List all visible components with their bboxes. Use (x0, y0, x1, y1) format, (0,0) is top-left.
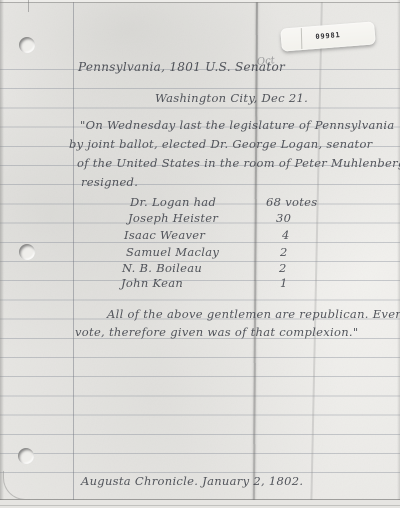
vote-count: 2 (279, 261, 287, 275)
vote-count: 2 (280, 245, 288, 259)
candidate-name: Samuel Maclay (126, 245, 219, 259)
body-line: resigned. (81, 175, 138, 189)
body-line: "On Wednesday last the legislature of Pe… (80, 118, 395, 132)
vote-row: Dr. Logan had 68 votes (0, 195, 400, 211)
candidate-name: John Kean (121, 276, 183, 290)
sticker-number: 09981 (281, 28, 375, 43)
candidate-name: Dr. Logan had (130, 195, 216, 209)
body-line: by joint ballot, elected Dr. George Loga… (69, 137, 372, 151)
closing-line: All of the above gentlemen are republica… (107, 307, 400, 321)
vote-count: 1 (280, 276, 288, 290)
vote-row: Joseph Heister 30 (0, 211, 400, 227)
page-behind-edge (28, 0, 29, 12)
document-title: Pennsylvania, 1801 U.S. Senator (78, 60, 285, 74)
punch-hole-top (19, 37, 35, 53)
document-dateline: Washington City, Dec 21. (155, 91, 308, 105)
source-citation: Augusta Chronicle. January 2, 1802. (81, 474, 303, 488)
closing-line: vote, therefore given was of that comple… (75, 325, 358, 339)
candidate-name: N. B. Boileau (122, 261, 202, 275)
vote-row: Isaac Weaver 4 (0, 228, 400, 244)
scanned-document-page: 09981 Oct Pennsylvania, 1801 U.S. Senato… (0, 0, 400, 508)
vote-count: 68 votes (266, 195, 317, 209)
body-line: of the United States in the room of Pete… (77, 156, 400, 170)
vote-row: Samuel Maclay 2 (0, 245, 400, 261)
page-top-edge (0, 2, 400, 3)
vote-count: 4 (282, 228, 290, 242)
candidate-name: Isaac Weaver (124, 228, 205, 242)
page-bottom-edge-2 (0, 505, 400, 506)
candidate-name: Joseph Heister (128, 211, 218, 225)
page-bottom-strip (0, 500, 400, 508)
vote-row: John Kean 1 (0, 276, 400, 292)
vote-row: N. B. Boileau 2 (0, 261, 400, 277)
vote-count: 30 (276, 211, 291, 225)
punch-hole-bottom (18, 448, 34, 464)
